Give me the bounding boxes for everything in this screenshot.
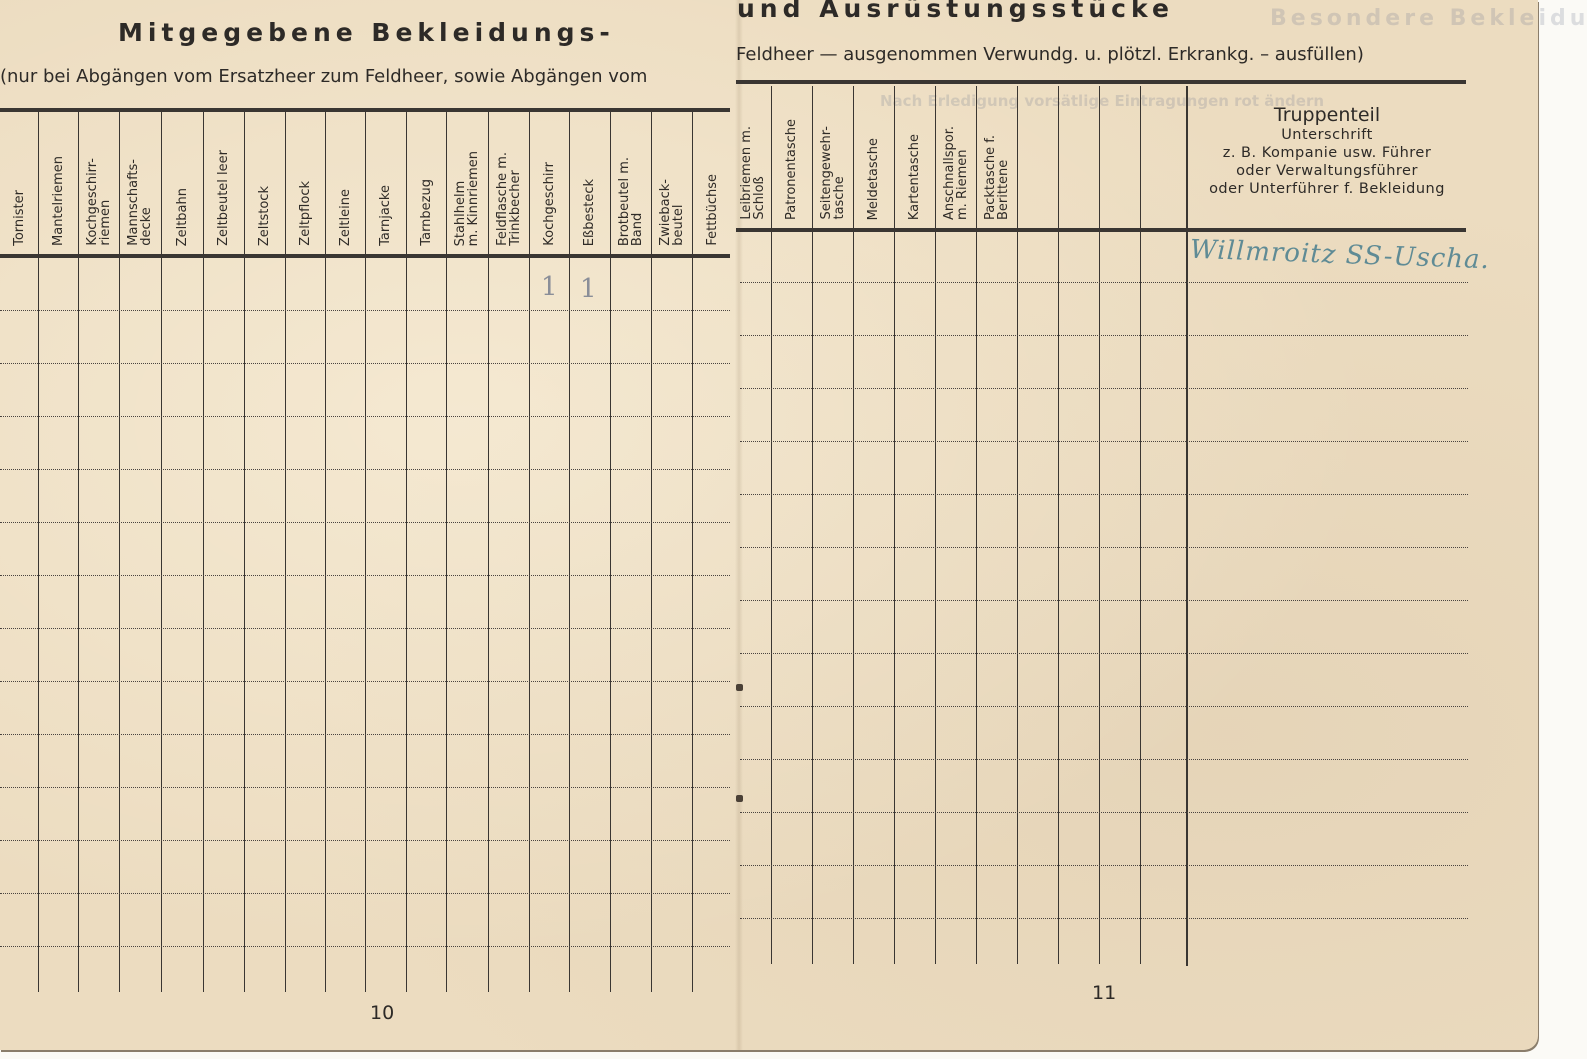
column-header: Tarnbezug [406, 112, 446, 246]
column-header-label: Leibriemen m. Schloß [740, 126, 766, 220]
column-header: Kochgeschirr- riemen [78, 112, 119, 246]
grid-column-line [853, 86, 854, 964]
column-header: Meldetasche [853, 86, 894, 220]
entry-row-line [0, 522, 730, 523]
column-header: Kochgeschirr [529, 112, 569, 246]
entry-row-line [740, 547, 1468, 548]
entry-row-line [0, 363, 730, 364]
column-header-label: Mantelriemen [52, 156, 65, 246]
grid-column-line [161, 112, 162, 992]
column-header: Packtasche f. Berittene [976, 86, 1017, 220]
entry-row-line [740, 653, 1468, 654]
grid-column-line [529, 112, 530, 992]
grid-column-line [406, 112, 407, 992]
entry-row-line [0, 416, 730, 417]
truppenteil-line: z. B. Kompanie usw. Führer [1186, 144, 1468, 162]
grid-column-line [446, 112, 447, 992]
column-header: Zeltstock [244, 112, 285, 246]
column-header-label: Feldflasche m. Trinkbecher [496, 152, 522, 246]
column-header: Zeltpflock [285, 112, 325, 246]
column-header: Eßbesteck [569, 112, 610, 246]
entry-row-line [740, 812, 1468, 813]
handwritten-mark-essbesteck: 1 [580, 274, 597, 304]
truppenteil-header: Truppenteil Unterschrift z. B. Kompanie … [1186, 104, 1468, 198]
entry-row-line [0, 310, 730, 311]
column-header-label: Zeltleine [339, 189, 352, 246]
entry-row-line [740, 441, 1468, 442]
grid-column-line [610, 112, 611, 992]
column-header-label: Stahlhelm m. Kinnriemen [454, 151, 480, 246]
column-header [1058, 86, 1099, 220]
column-header: Zwieback- beutel [651, 112, 692, 246]
column-header-label: Zeltstock [258, 186, 271, 246]
column-header: Patronentasche [771, 86, 812, 220]
truppenteil-title: Truppenteil [1186, 104, 1468, 126]
column-header-label: Seitengewehr- tasche [820, 126, 846, 220]
grid-column-line [119, 112, 120, 992]
column-header [1099, 86, 1140, 220]
column-header-label: Tarnjacke [379, 185, 392, 246]
column-header: Zeltbeutel leer [203, 112, 244, 246]
grid-column-line [1140, 86, 1141, 964]
entry-row-line [740, 335, 1468, 336]
column-header: Kartentasche [894, 86, 935, 220]
grid-column-line [488, 112, 489, 992]
entry-row-line [0, 946, 730, 947]
column-header: Zeltbahn [161, 112, 203, 246]
column-header-label: Zeltbeutel leer [217, 150, 230, 246]
entry-row-line [0, 734, 730, 735]
column-header: Leibriemen m. Schloß [734, 86, 771, 220]
entry-row-line [0, 840, 730, 841]
grid-column-line [812, 86, 813, 964]
column-header: Seitengewehr- tasche [812, 86, 853, 220]
column-header-label: Eßbesteck [583, 179, 596, 246]
grid-column-line [325, 112, 326, 992]
column-header: Feldflasche m. Trinkbecher [488, 112, 529, 246]
column-header-label: Zeltbahn [176, 188, 189, 246]
column-header-label: Packtasche f. Berittene [984, 135, 1010, 220]
column-header: Mantelriemen [38, 112, 78, 246]
grid-column-line [1017, 86, 1018, 964]
bleed-through-header: Besondere Bekleidungsvermerke [1270, 6, 1587, 31]
entry-row-line [740, 706, 1468, 707]
page-number-left: 10 [370, 1002, 394, 1024]
staple [736, 795, 743, 802]
grid-column-line [1058, 86, 1059, 964]
column-header-label: Anschnallspor. m. Riemen [943, 126, 969, 220]
entry-row-line [740, 759, 1468, 760]
staple [736, 684, 743, 691]
column-header-label: Meldetasche [867, 138, 880, 220]
grid-column-line [203, 112, 204, 992]
column-header-label: Fettbüchse [706, 174, 719, 246]
column-header: Stahlhelm m. Kinnriemen [446, 112, 488, 246]
header-rule-bottom-right [736, 228, 1466, 232]
grid-column-line [935, 86, 936, 964]
grid-column-line [771, 86, 772, 964]
grid-column-line [244, 112, 245, 992]
column-header-label: Tarnbezug [420, 179, 433, 246]
subtitle-right: Feldheer — ausgenommen Verwundg. u. plöt… [736, 44, 1364, 65]
entry-row-line [740, 494, 1468, 495]
entry-row-line [0, 575, 730, 576]
entry-row-line [740, 918, 1468, 919]
column-header: Tarnjacke [365, 112, 406, 246]
truppenteil-line: oder Unterführer f. Bekleidung [1186, 180, 1468, 198]
entry-row-line [740, 600, 1468, 601]
column-header-label: Zeltpflock [299, 181, 312, 246]
column-header-label: Zwieback- beutel [659, 179, 685, 246]
header-rule-top-right [736, 80, 1466, 84]
subtitle-left: (nur bei Abgängen vom Ersatzheer zum Fel… [0, 66, 647, 87]
entry-row-line [0, 681, 730, 682]
handwritten-mark-kochgeschirr: 1 [541, 272, 558, 302]
entry-row-line [740, 388, 1468, 389]
column-header-label: Mannschafts- decke [127, 159, 153, 246]
grid-column-line [651, 112, 652, 992]
entry-row-line [740, 282, 1468, 283]
entry-row-line [740, 865, 1468, 866]
column-header [1017, 86, 1058, 220]
title-right: und Ausrüstungsstücke [737, 0, 1174, 23]
column-header: Zeltleine [325, 112, 365, 246]
entry-row-line [0, 893, 730, 894]
grid-column-line [1186, 86, 1188, 966]
entry-row-line [0, 787, 730, 788]
entry-row-line [0, 469, 730, 470]
column-header-label: Kochgeschirr- riemen [86, 158, 112, 246]
grid-column-line [365, 112, 366, 992]
grid-column-line [976, 86, 977, 964]
truppenteil-line: oder Verwaltungsführer [1186, 162, 1468, 180]
column-header-label: Tornister [13, 190, 26, 246]
column-header-label: Kochgeschirr [543, 162, 556, 246]
column-header: Mannschafts- decke [119, 112, 161, 246]
grid-column-line [1099, 86, 1100, 964]
column-header: Tornister [0, 112, 38, 246]
column-header: Anschnallspor. m. Riemen [935, 86, 976, 220]
grid-column-line [692, 112, 693, 992]
grid-column-line [78, 112, 79, 992]
column-header-label: Kartentasche [908, 134, 921, 220]
entry-row-line [0, 628, 730, 629]
page-number-right: 11 [1092, 982, 1116, 1004]
grid-column-line [285, 112, 286, 992]
column-header: Fettbüchse [692, 112, 732, 246]
truppenteil-line: Unterschrift [1186, 126, 1468, 144]
grid-column-line [894, 86, 895, 964]
title-left: Mitgegebene Bekleidungs- [118, 18, 615, 47]
column-header-label: Brotbeutel m. Band [618, 157, 644, 246]
column-header-label: Patronentasche [785, 119, 798, 220]
grid-column-line [569, 112, 570, 992]
grid-column-line [38, 112, 39, 992]
column-header: Brotbeutel m. Band [610, 112, 651, 246]
